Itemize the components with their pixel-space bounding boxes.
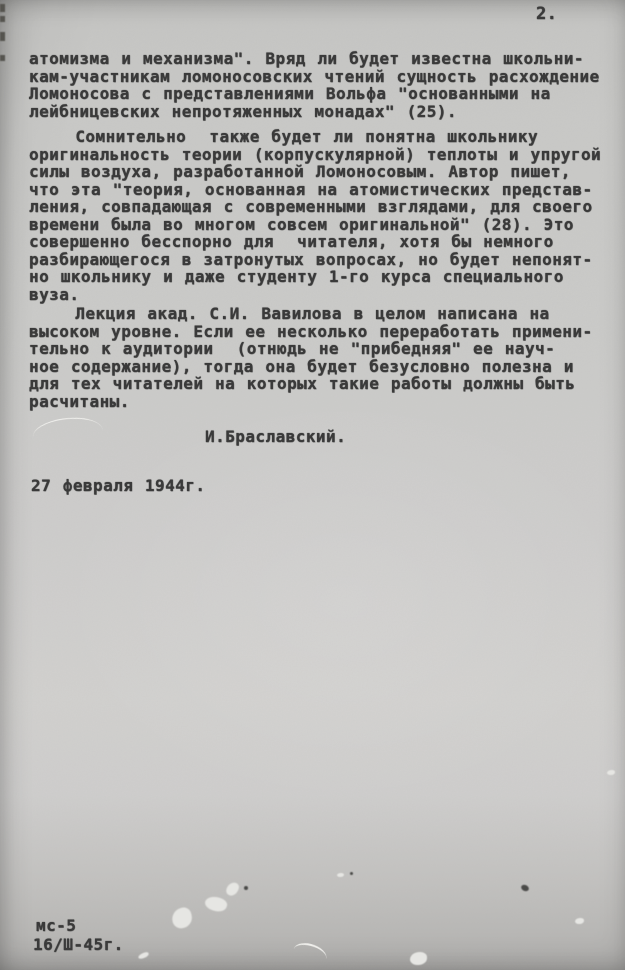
document-page: 2. атомизма и механизма". Вряд ли будет … xyxy=(0,0,625,970)
paper-edge-mark xyxy=(0,32,5,41)
paper-edge-mark xyxy=(0,55,5,61)
damage-speck xyxy=(575,918,584,924)
damage-speck xyxy=(607,770,615,775)
archive-mark-line-1: мс-5 xyxy=(36,917,76,935)
page-number: 2. xyxy=(536,6,557,24)
damage-speck xyxy=(137,951,149,959)
hair-scratch xyxy=(31,413,105,453)
archive-mark-line-2: 16/Ш-45г. xyxy=(33,936,124,954)
dark-speck xyxy=(520,884,530,893)
paper-edge-mark xyxy=(0,4,5,12)
date-line: 27 февраля 1944г. xyxy=(31,477,205,495)
damage-speck xyxy=(170,906,194,930)
paragraph-2: Сомнительно также будет ли понятна школь… xyxy=(29,128,601,303)
damage-speck xyxy=(224,880,241,898)
hair-scratch xyxy=(291,940,329,968)
paragraph-3: Лекция акад. С.И. Вавилова в целом напис… xyxy=(29,305,593,410)
paragraph-1: атомизма и механизма". Вряд ли будет изв… xyxy=(29,50,600,120)
dark-speck xyxy=(350,872,353,875)
damage-speck xyxy=(337,873,344,877)
damage-speck xyxy=(410,952,427,965)
signature: И.Браславский. xyxy=(205,428,346,446)
damage-speck xyxy=(203,894,228,914)
paper-edge-mark xyxy=(0,16,5,22)
dark-speck xyxy=(244,886,248,890)
